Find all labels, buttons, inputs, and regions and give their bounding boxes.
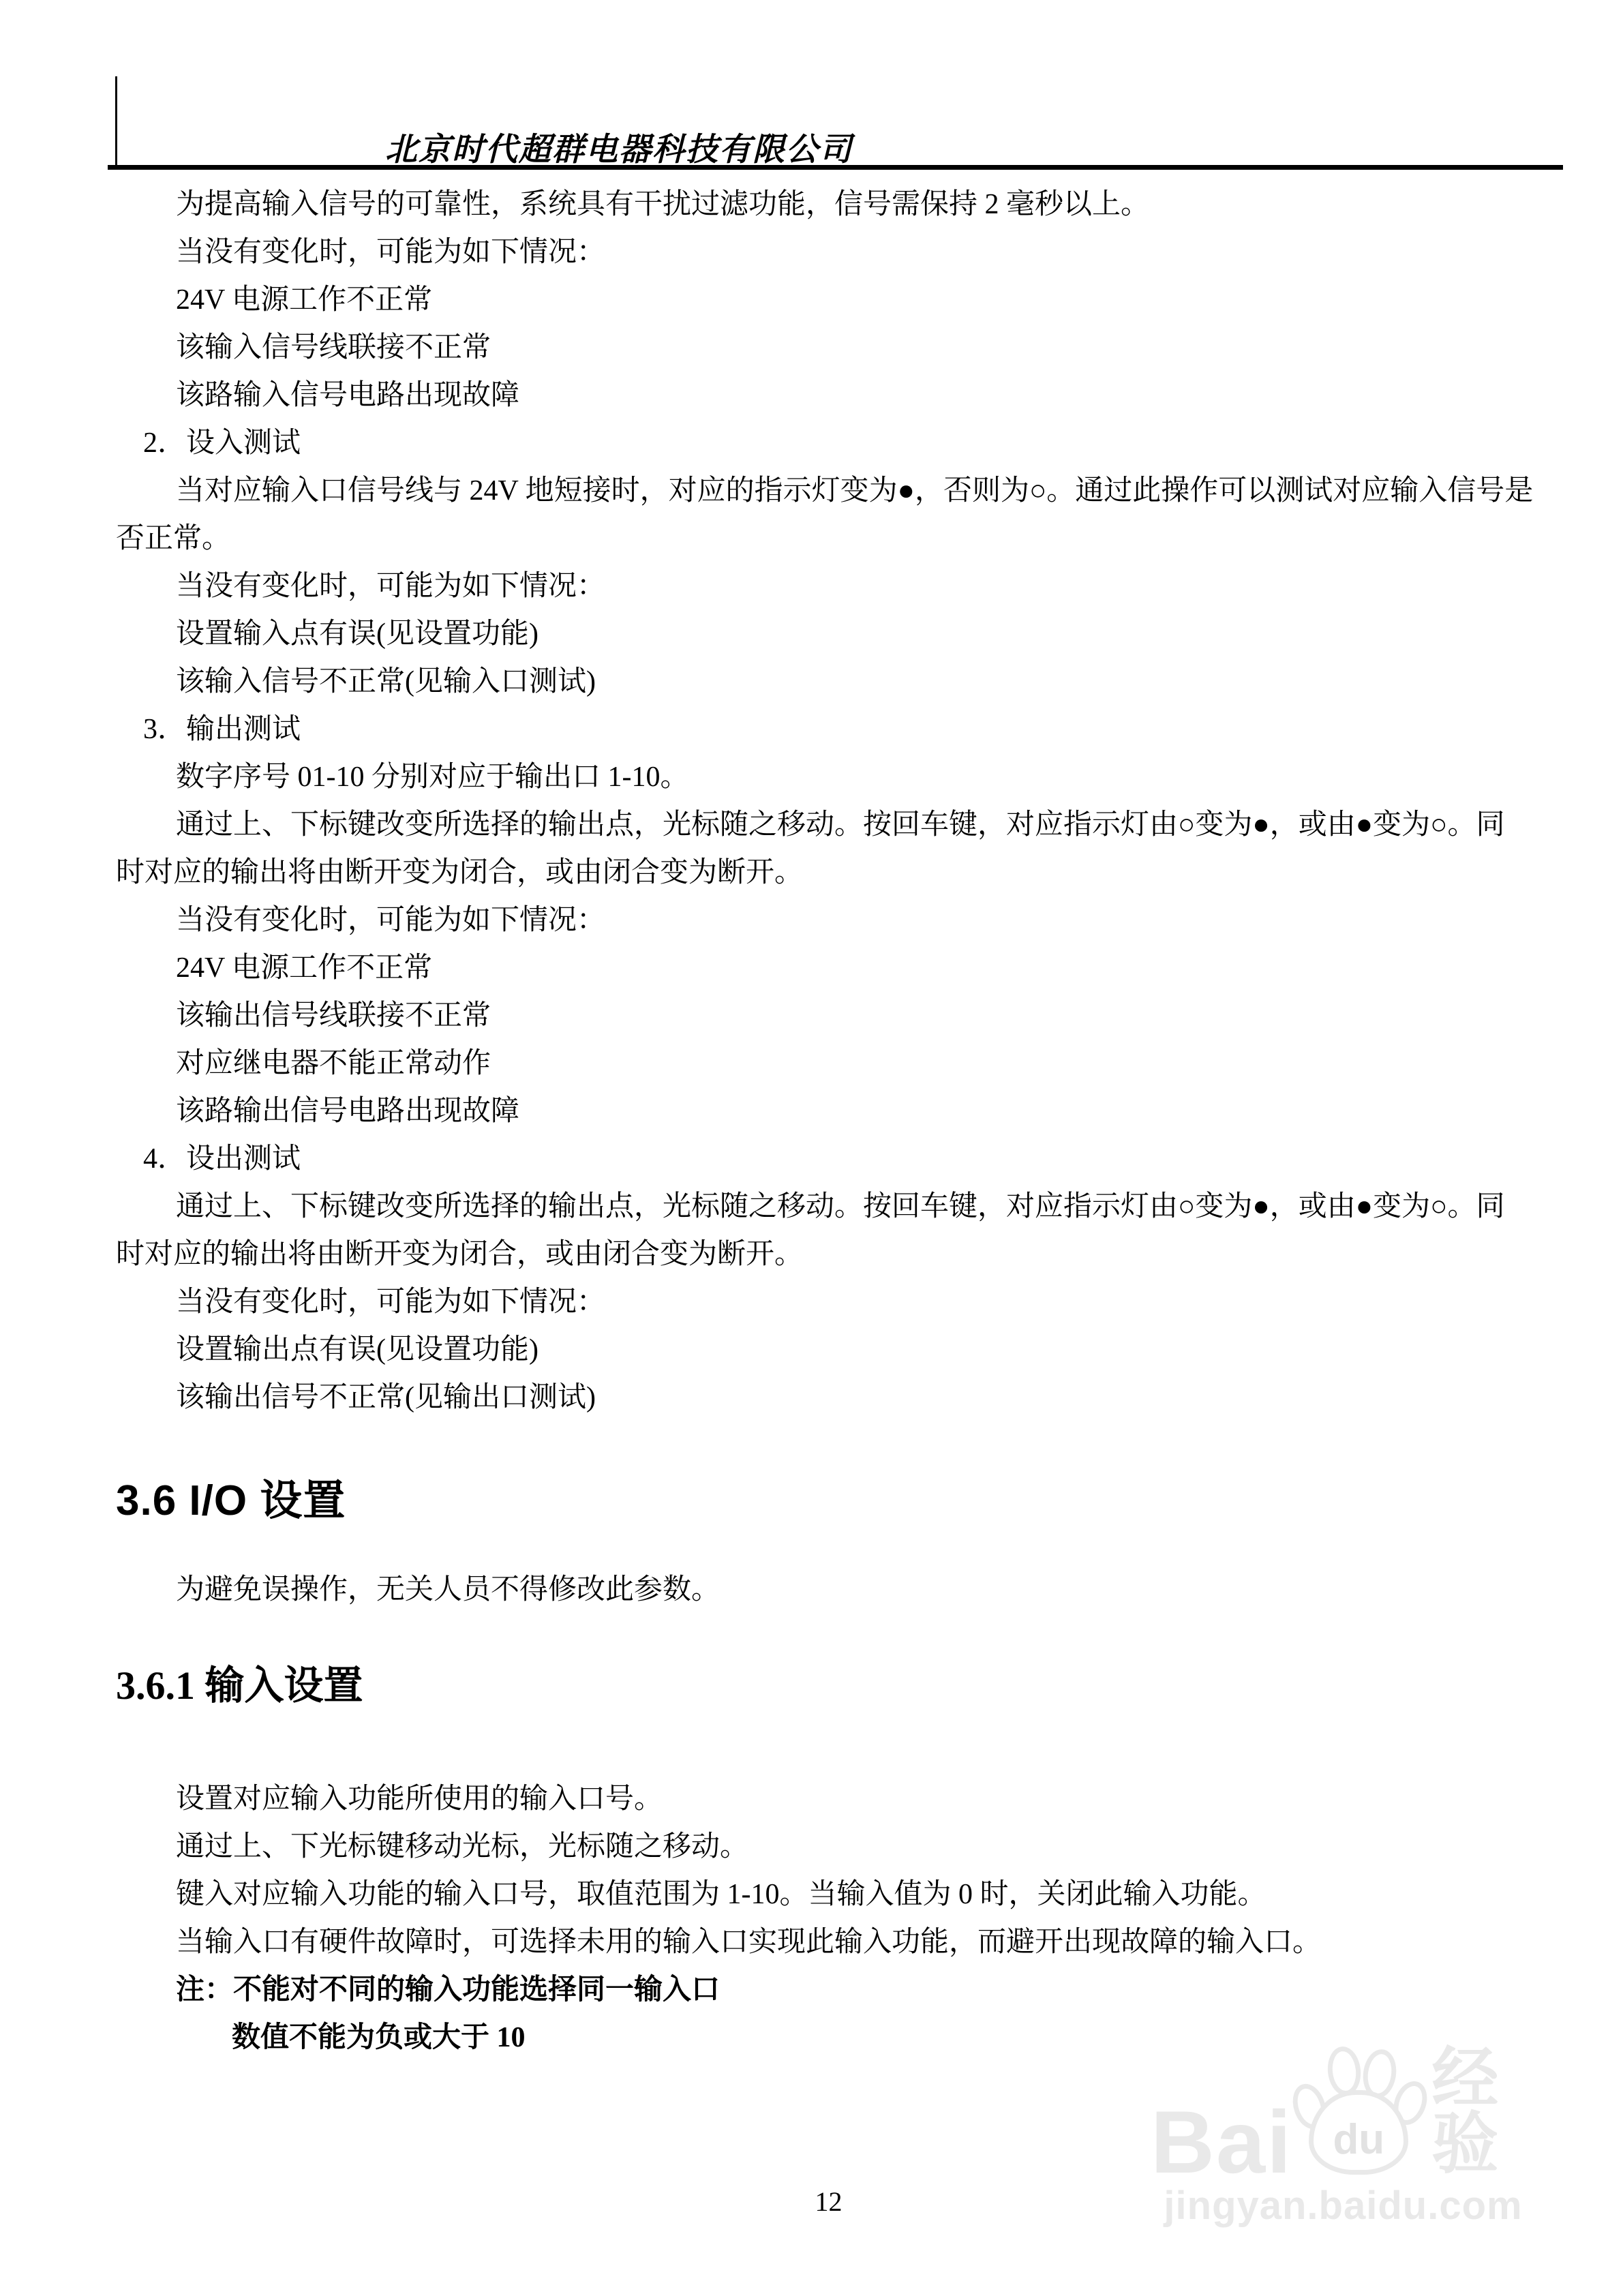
baidu-jingyan-watermark: Bai du 经验 jingyan.baidu.com (1151, 2045, 1536, 2229)
body-line: 设置输出点有误(见设置功能) (116, 1326, 1575, 1374)
body-line: 该输出信号不正常(见输出口测试) (116, 1374, 1575, 1421)
body-line: 通过上、下光标键移动光标，光标随之移动。 (116, 1823, 1575, 1871)
paw-toe-icon (1326, 2045, 1363, 2098)
body-line: 为避免误操作，无关人员不得修改此参数。 (116, 1566, 1575, 1614)
body-line: 该路输入信号电路出现故障 (116, 372, 1575, 419)
body-line: 数字序号 01-10 分别对应于输出口 1-10。 (116, 753, 1575, 801)
body-line: 设置对应输入功能所使用的输入口号。 (116, 1775, 1575, 1823)
body-line: 为提高输入信号的可靠性，系统具有干扰过滤功能，信号需保持 2 毫秒以上。 (116, 181, 1575, 228)
jingyan-logo-text: 经验 (1431, 2045, 1536, 2176)
body-line: 键入对应输入功能的输入口号，取值范围为 1-10。当输入值为 0 时，关闭此输入… (116, 1871, 1575, 1918)
body-line: 当没有变化时，可能为如下情况： (116, 228, 1575, 276)
body-line: 当没有变化时，可能为如下情况： (116, 1278, 1575, 1326)
document-page: 北京时代超群电器科技有限公司 为提高输入信号的可靠性，系统具有干扰过滤功能，信号… (0, 0, 1623, 2296)
section-heading-3-6-1: 3.6.1 输入设置 (116, 1655, 363, 1717)
baidu-logo-du-text: du (1333, 2110, 1384, 2170)
list-item-heading: 4．设出测试 (116, 1135, 1575, 1183)
body-line: 当输入口有硬件故障时，可选择未用的输入口实现此输入功能，而避开出现故障的输入口。 (116, 1918, 1575, 1966)
company-name: 北京时代超群电器科技有限公司 (385, 124, 853, 170)
input-setting-section: 设置对应输入功能所使用的输入口号。 通过上、下光标键移动光标，光标随之移动。 键… (116, 1775, 1575, 2061)
section-3-6-intro-block: 为避免误操作，无关人员不得修改此参数。 (116, 1566, 1575, 1614)
body-line: 通过上、下标键改变所选择的输出点，光标随之移动。按回车键，对应指示灯由○变为●，… (116, 801, 1575, 849)
body-line: 该路输出信号电路出现故障 (116, 1087, 1575, 1135)
body-line: 该输出信号线联接不正常 (116, 992, 1575, 1040)
body-line: 通过上、下标键改变所选择的输出点，光标随之移动。按回车键，对应指示灯由○变为●，… (116, 1183, 1575, 1230)
watermark-url: jingyan.baidu.com (1151, 2183, 1536, 2229)
header-rule (108, 165, 1563, 170)
header-left-border (115, 76, 117, 166)
body-line: 该输入信号线联接不正常 (116, 324, 1575, 372)
body-line: 24V 电源工作不正常 (116, 944, 1575, 992)
body-line: 否正常。 (116, 515, 1575, 562)
list-item-heading: 3．输出测试 (116, 706, 1575, 753)
body-line: 当没有变化时，可能为如下情况： (116, 896, 1575, 944)
body-line: 24V 电源工作不正常 (116, 276, 1575, 324)
body-line: 当对应输入口信号线与 24V 地短接时，对应的指示灯变为●，否则为○。通过此操作… (116, 467, 1575, 515)
body-line: 该输入信号不正常(见输入口测试) (116, 658, 1575, 706)
section-heading-3-6: 3.6 I/O 设置 (116, 1472, 346, 1530)
body-line: 对应继电器不能正常动作 (116, 1040, 1575, 1087)
body-line: 当没有变化时，可能为如下情况： (116, 562, 1575, 610)
baidu-paw-icon: du (1294, 2045, 1425, 2176)
body-line: 设置输入点有误(见设置功能) (116, 610, 1575, 658)
body-line: 时对应的输出将由断开变为闭合，或由闭合变为断开。 (116, 1230, 1575, 1278)
list-item-heading: 2．设入测试 (116, 419, 1575, 467)
baidu-logo-text: Bai (1151, 2108, 1292, 2176)
body-line: 时对应的输出将由断开变为闭合，或由闭合变为断开。 (116, 849, 1575, 896)
note-line: 注：不能对不同的输入功能选择同一输入口 (116, 1966, 1575, 2014)
baidu-logo: Bai du 经验 (1151, 2045, 1536, 2176)
io-test-section: 为提高输入信号的可靠性，系统具有干扰过滤功能，信号需保持 2 毫秒以上。 当没有… (116, 181, 1575, 1421)
